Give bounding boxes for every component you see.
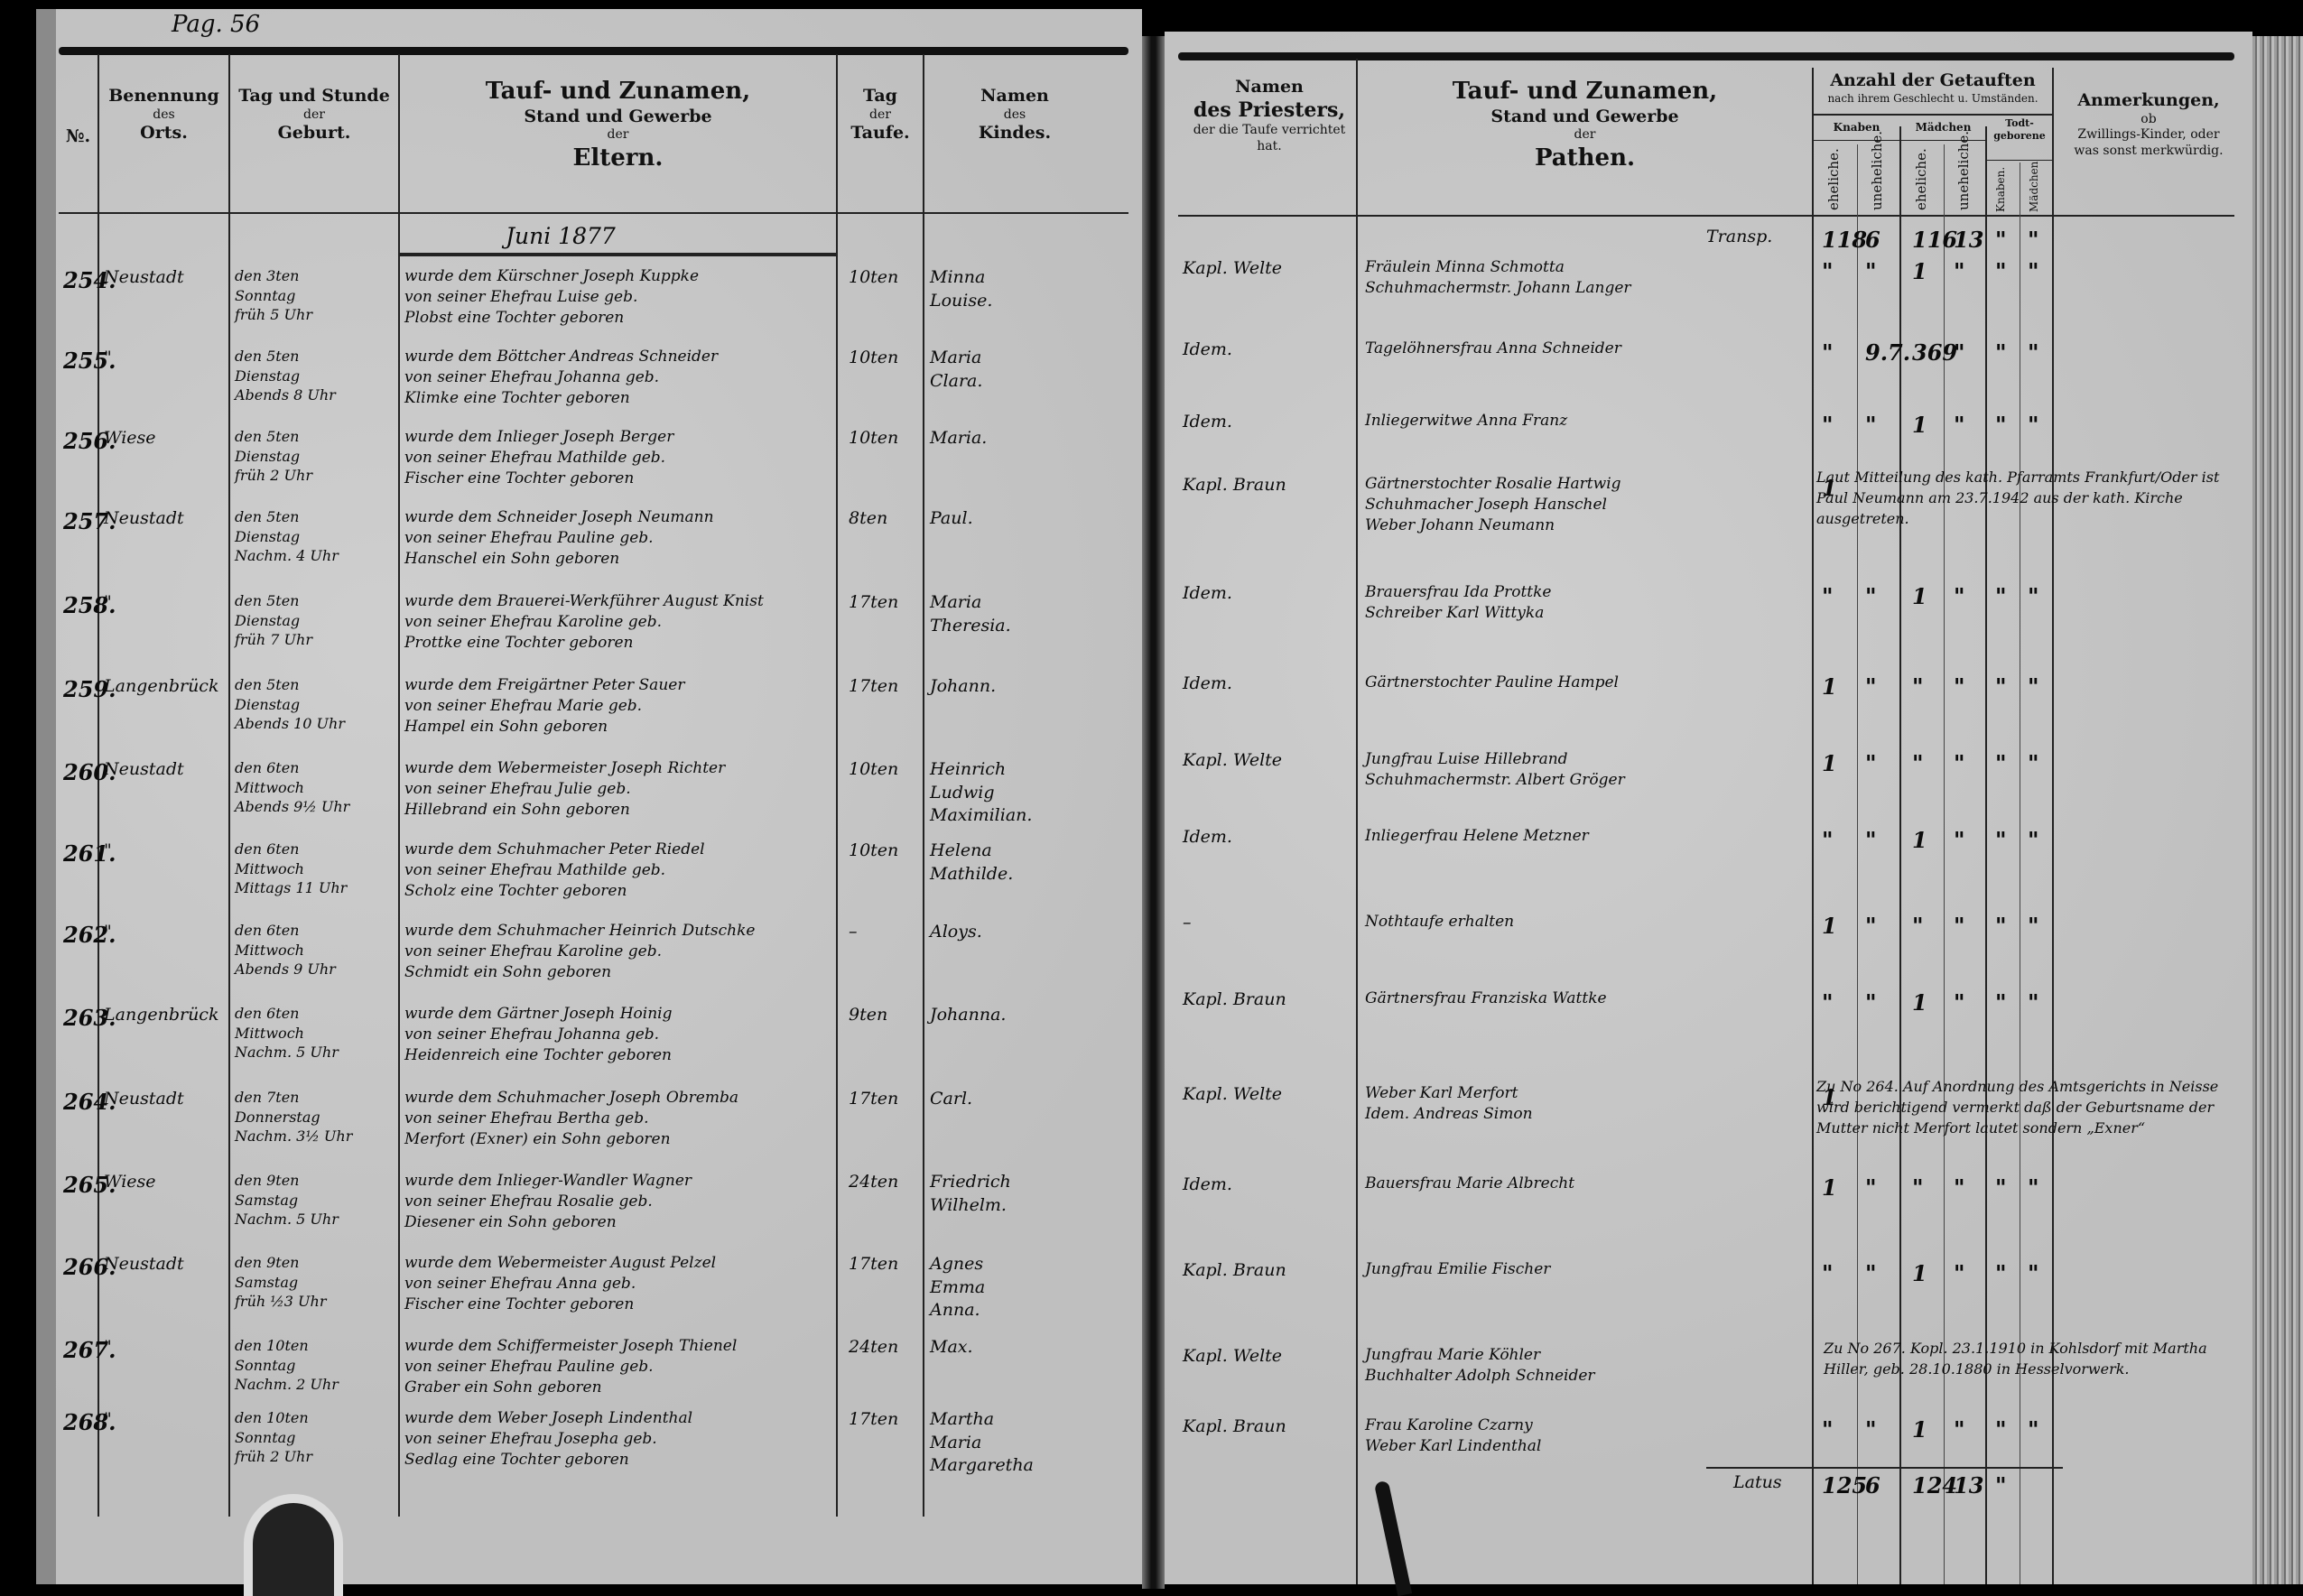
count-cell: "	[1822, 257, 1834, 286]
count-cell: "	[1822, 411, 1834, 440]
entry-birth: den 6tenMittwochAbends 9 Uhr	[235, 921, 336, 979]
count-cell: 1	[1912, 826, 1927, 855]
godparents: Inliegerfrau Helene Metzner	[1365, 826, 1589, 847]
entry-parents: wurde dem Inlieger-Wandler Wagnervon sei…	[404, 1171, 692, 1233]
entry-baptism-day: 24ten	[849, 1171, 898, 1194]
entry-parents: wurde dem Schuhmacher Joseph Obrembavon …	[404, 1088, 738, 1150]
count-cell: "	[1954, 1259, 1965, 1288]
entry-baptism-day: 17ten	[849, 1408, 898, 1432]
count-cell: "	[2028, 912, 2039, 941]
count-cell: "	[1865, 673, 1877, 701]
count-cell: 1	[1912, 411, 1927, 440]
count-cell: "	[1822, 988, 1834, 1017]
entry-place: Neustadt	[104, 266, 184, 290]
entry-child-name: HeinrichLudwigMaximilian.	[930, 758, 1032, 828]
priest-name: Kapl. Welte	[1183, 1083, 1282, 1107]
count-cell: "	[2028, 673, 2039, 701]
count-cell: "	[1865, 749, 1877, 778]
entry-baptism-day: 17ten	[849, 675, 898, 699]
count-cell: "	[1954, 339, 1965, 367]
count-cell: "	[2028, 988, 2039, 1017]
entry-baptism-day: 17ten	[849, 1253, 898, 1276]
count-cell: "	[1865, 988, 1877, 1017]
count-cell: "	[2028, 411, 2039, 440]
entry-place: Neustadt	[104, 507, 184, 531]
godparents: Jungfrau Emilie Fischer	[1365, 1259, 1550, 1280]
priest-name: Kapl. Braun	[1183, 988, 1286, 1012]
count-cell: 1	[1912, 1415, 1927, 1444]
entry-place: "	[104, 347, 112, 370]
count-cell: "	[1995, 582, 2007, 611]
count-cell: "	[1822, 1259, 1834, 1288]
priest-name: Idem.	[1183, 1174, 1232, 1197]
header-birth: Tag und Stunde der Geburt.	[230, 86, 398, 144]
count-cell: "	[1912, 749, 1924, 778]
count-cell: "	[1995, 1174, 2007, 1202]
entry-place: "	[104, 840, 112, 863]
entry-birth: den 6tenMittwochMittags 11 Uhr	[235, 840, 347, 898]
entry-place: Wiese	[104, 427, 156, 450]
header-top-rule	[59, 47, 1128, 55]
count-cell: "	[1822, 826, 1834, 855]
count-cell: "	[1954, 673, 1965, 701]
godparents: Fräulein Minna SchmottaSchuhmachermstr. …	[1365, 257, 1631, 299]
godparents: Gärtnerstochter Rosalie HartwigSchuhmach…	[1365, 474, 1621, 536]
column-divider	[1812, 68, 1814, 1584]
count-cell: "	[1954, 1415, 1965, 1444]
entry-baptism-day: 10ten	[849, 758, 898, 782]
page-reference: Pag. 56	[172, 9, 260, 41]
count-cell: "	[2028, 826, 2039, 855]
godparents: Weber Karl MerfortIdem. Andreas Simon	[1365, 1083, 1533, 1125]
column-divider	[228, 54, 230, 1517]
latus-rule	[1706, 1467, 2063, 1469]
entry-child-name: Johann.	[930, 675, 996, 699]
entry-parents: wurde dem Freigärtner Peter Sauervon sei…	[404, 675, 684, 738]
entry-parents: wurde dem Schuhmacher Peter Riedelvon se…	[404, 840, 705, 902]
entry-birth: den 9tenSamstagNachm. 5 Uhr	[235, 1171, 339, 1229]
entry-birth: den 5tenDienstagNachm. 4 Uhr	[235, 507, 339, 566]
counts-subheader-rule	[1985, 160, 2052, 161]
entry-child-name: HelenaMathilde.	[930, 840, 1013, 886]
transport-label: Transp.	[1706, 226, 1772, 249]
header-place: Benennung des Orts.	[99, 86, 228, 144]
count-cell: 116	[1912, 226, 1957, 255]
entry-baptism-day: 10ten	[849, 840, 898, 863]
count-cell: "	[1995, 257, 2007, 286]
book-clip	[244, 1494, 343, 1596]
count-cell: "	[1954, 826, 1965, 855]
header-remarks: Anmerkungen, ob Zwillings-Kinder, oder w…	[2054, 90, 2243, 159]
counts-subheader-rule	[1812, 114, 2052, 116]
entry-child-name: MinnaLouise.	[930, 266, 992, 312]
count-cell: "	[1865, 1174, 1877, 1202]
entry-child-name: Johanna.	[930, 1004, 1006, 1027]
count-cell: "	[2028, 1415, 2039, 1444]
count-cell: "	[1995, 1471, 2007, 1500]
count-cell: "	[1865, 826, 1877, 855]
count-cell: 6	[1865, 1471, 1880, 1500]
entry-parents: wurde dem Inlieger Joseph Bergervon sein…	[404, 427, 673, 489]
entry-parents: wurde dem Schuhmacher Heinrich Dutschkev…	[404, 921, 755, 983]
entry-place: "	[104, 591, 112, 615]
count-cell: "	[1995, 749, 2007, 778]
entry-place: Langenbrück	[104, 675, 218, 699]
count-cell: "	[1954, 582, 1965, 611]
priest-name: Kapl. Welte	[1183, 1345, 1282, 1369]
count-cell: "	[1995, 988, 2007, 1017]
count-cell: 13	[1954, 1471, 1983, 1500]
entry-place: Neustadt	[104, 1253, 184, 1276]
count-cell: "	[1865, 1259, 1877, 1288]
header-priest: Namen des Priesters, der die Taufe verri…	[1183, 77, 1356, 154]
entry-place: "	[104, 1408, 112, 1432]
header-stillborn-girls: Mädchen	[2028, 167, 2041, 212]
entry-child-name: MariaTheresia.	[930, 591, 1011, 637]
count-cell: "	[2028, 257, 2039, 286]
godparents: Bauersfrau Marie Albrecht	[1365, 1174, 1574, 1194]
entry-place: Wiese	[104, 1171, 156, 1194]
header-child-name: Namen des Kindes.	[924, 86, 1105, 144]
month-underline	[398, 253, 836, 256]
column-divider	[1356, 59, 1358, 1584]
entry-parents: wurde dem Weber Joseph Lindenthalvon sei…	[404, 1408, 692, 1471]
count-cell: "	[1912, 912, 1924, 941]
count-cell: "	[1954, 912, 1965, 941]
count-cell: "	[1995, 226, 2007, 255]
entry-child-name: Max.	[930, 1336, 973, 1359]
priest-name: Idem.	[1183, 826, 1232, 849]
column-divider	[923, 54, 924, 1517]
entry-birth: den 9tenSamstagfrüh ½3 Uhr	[235, 1253, 326, 1312]
count-cell: "	[1912, 1174, 1924, 1202]
entry-child-name: Paul.	[930, 507, 973, 531]
entry-birth: den 6tenMittwochAbends 9½ Uhr	[235, 758, 349, 817]
entry-child-name: MariaClara.	[930, 347, 982, 393]
header-baptism-day: Tag der Taufe.	[838, 86, 923, 144]
entry-place: Neustadt	[104, 758, 184, 782]
header-girls-illegit: uneheliche.	[1955, 152, 1973, 210]
count-cell: 125	[1822, 1471, 1867, 1500]
entry-child-name: Carl.	[930, 1088, 972, 1111]
header-stillborn: Todt-geborene	[1987, 117, 2052, 143]
count-cell: 1	[1822, 1174, 1837, 1202]
entry-parents: wurde dem Brauerei-Werkführer August Kni…	[404, 591, 764, 654]
entry-child-name: MarthaMariaMargaretha	[930, 1408, 1034, 1478]
count-cell: 6	[1865, 226, 1880, 255]
count-cell: 118	[1822, 226, 1867, 255]
entry-place: Neustadt	[104, 1088, 184, 1111]
entry-parents: wurde dem Schneider Joseph Neumannvon se…	[404, 507, 714, 570]
entry-baptism-day: –	[849, 921, 858, 944]
count-cell: "	[1995, 826, 2007, 855]
remark: Zu No 264. Auf Anordnung des Amtsgericht…	[1816, 1076, 2241, 1139]
header-godparents: Tauf- und Zunamen, Stand und Gewerbe der…	[1358, 77, 1812, 172]
header-bottom-rule-right	[1178, 215, 2234, 217]
count-cell: "	[1822, 339, 1834, 367]
priest-name: Kapl. Welte	[1183, 257, 1282, 281]
count-cell: "	[2028, 1174, 2039, 1202]
header-girls: Mädchen	[1901, 121, 1985, 135]
entry-birth: den 3tenSonntagfrüh 5 Uhr	[235, 266, 312, 325]
entry-baptism-day: 24ten	[849, 1336, 898, 1359]
count-cell: "	[1865, 257, 1877, 286]
godparents: Frau Karoline CzarnyWeber Karl Lindentha…	[1365, 1415, 1541, 1457]
entry-child-name: Aloys.	[930, 921, 982, 944]
count-cell: "	[1995, 1415, 2007, 1444]
count-cell: "	[1995, 912, 2007, 941]
count-cell: "	[1954, 988, 1965, 1017]
entry-place: Langenbrück	[104, 1004, 218, 1027]
count-cell: "	[1954, 1174, 1965, 1202]
entry-birth: den 5tenDienstagAbends 10 Uhr	[235, 675, 345, 734]
priest-name: Kapl. Braun	[1183, 474, 1286, 497]
priest-name: Kapl. Braun	[1183, 1415, 1286, 1439]
entry-birth: den 10tenSonntagfrüh 2 Uhr	[235, 1408, 312, 1467]
count-cell: "	[1995, 411, 2007, 440]
count-cell: 1	[1912, 988, 1927, 1017]
count-cell: "	[1995, 673, 2007, 701]
count-cell: "	[1912, 673, 1924, 701]
entry-child-name: AgnesEmmaAnna.	[930, 1253, 985, 1322]
count-cell: 1	[1822, 912, 1837, 941]
entry-birth: den 10tenSonntagNachm. 2 Uhr	[235, 1336, 339, 1395]
count-cell: "	[1822, 582, 1834, 611]
month-heading: Juni 1877	[506, 221, 616, 252]
entry-parents: wurde dem Schiffermeister Joseph Thienel…	[404, 1336, 737, 1398]
entry-parents: wurde dem Webermeister Joseph Richtervon…	[404, 758, 725, 821]
page-edges	[2252, 36, 2303, 1584]
count-cell: "	[1954, 411, 1965, 440]
remark: Zu No 267. Kopl. 23.1.1910 in Kohlsdorf …	[1824, 1338, 2248, 1379]
entry-baptism-day: 17ten	[849, 591, 898, 615]
count-cell: "	[2028, 1259, 2039, 1288]
count-cell: "	[2028, 749, 2039, 778]
count-cell: 369	[1912, 339, 1957, 367]
count-cell: "	[1865, 912, 1877, 941]
godparents: Jungfrau Marie KöhlerBuchhalter Adolph S…	[1365, 1345, 1595, 1387]
entry-parents: wurde dem Webermeister August Pelzelvon …	[404, 1253, 716, 1315]
priest-name: Kapl. Braun	[1183, 1259, 1286, 1283]
count-cell: 9.7.	[1865, 339, 1910, 367]
count-cell: "	[1822, 1415, 1834, 1444]
entry-baptism-day: 10ten	[849, 347, 898, 370]
column-divider	[398, 54, 400, 1517]
remark: Laut Mitteilung des kath. Pfarramts Fran…	[1816, 467, 2241, 530]
count-cell: 124	[1912, 1471, 1957, 1500]
count-cell: "	[1995, 339, 2007, 367]
entry-baptism-day: 17ten	[849, 1088, 898, 1111]
header-top-rule-right	[1178, 52, 2234, 60]
godparents: Inliegerwitwe Anna Franz	[1365, 411, 1567, 431]
entry-baptism-day: 8ten	[849, 507, 887, 531]
godparents: Gärtnerstochter Pauline Hampel	[1365, 673, 1619, 693]
entry-parents: wurde dem Kürschner Joseph Kuppkevon sei…	[404, 266, 699, 329]
priest-name: –	[1183, 912, 1192, 935]
count-cell: 1	[1822, 749, 1837, 778]
header-counts: Anzahl der Getauften nach ihrem Geschlec…	[1814, 70, 2052, 106]
count-cell: "	[2028, 582, 2039, 611]
count-cell: "	[1954, 749, 1965, 778]
entry-birth: den 6tenMittwochNachm. 5 Uhr	[235, 1004, 339, 1062]
entry-parents: wurde dem Böttcher Andreas Schneidervon …	[404, 347, 718, 409]
column-divider	[836, 54, 838, 1517]
header-number: №.	[59, 126, 98, 148]
count-cell: "	[1954, 257, 1965, 286]
priest-name: Idem.	[1183, 339, 1232, 362]
entry-child-name: Maria.	[930, 427, 987, 450]
count-cell: 1	[1912, 1259, 1927, 1288]
header-boys: Knaben	[1814, 121, 1899, 135]
header-boys-illegit: uneheliche.	[1869, 152, 1886, 210]
entry-parents: wurde dem Gärtner Joseph Hoinigvon seine…	[404, 1004, 673, 1066]
count-cell: "	[1865, 411, 1877, 440]
godparents: Jungfrau Luise HillebrandSchuhmachermstr…	[1365, 749, 1625, 791]
book-gutter	[1142, 36, 1165, 1589]
entry-place: "	[104, 1336, 112, 1359]
header-boys-legit: eheliche.	[1825, 152, 1843, 210]
header-stillborn-boys: Knaben.	[1994, 167, 2008, 212]
godparents: Gärtnersfrau Franziska Wattke	[1365, 988, 1607, 1009]
godparents: Brauersfrau Ida ProttkeSchreiber Karl Wi…	[1365, 582, 1551, 624]
count-cell: 1	[1912, 257, 1927, 286]
header-girls-legit: eheliche.	[1913, 152, 1930, 210]
priest-name: Idem.	[1183, 582, 1232, 606]
entry-birth: den 5tenDienstagfrüh 2 Uhr	[235, 427, 312, 486]
count-cell: "	[1995, 1259, 2007, 1288]
count-cell: "	[2028, 339, 2039, 367]
count-cell: "	[1865, 582, 1877, 611]
count-cell: 1	[1822, 673, 1837, 701]
entry-child-name: FriedrichWilhelm.	[930, 1171, 1011, 1217]
entry-baptism-day: 9ten	[849, 1004, 887, 1027]
header-parents: Tauf- und Zunamen, Stand und Gewerbe der…	[400, 77, 836, 172]
entry-birth: den 5tenDienstagfrüh 7 Uhr	[235, 591, 312, 650]
count-cell: 13	[1954, 226, 1983, 255]
entry-baptism-day: 10ten	[849, 427, 898, 450]
godparents: Nothtaufe erhalten	[1365, 912, 1514, 933]
header-bottom-rule	[59, 212, 1128, 214]
latus-label: Latus	[1733, 1471, 1782, 1495]
priest-name: Idem.	[1183, 411, 1232, 434]
count-cell: 1	[1912, 582, 1927, 611]
entry-birth: den 5tenDienstagAbends 8 Uhr	[235, 347, 336, 405]
priest-name: Kapl. Welte	[1183, 749, 1282, 773]
priest-name: Idem.	[1183, 673, 1232, 696]
godparents: Tagelöhnersfrau Anna Schneider	[1365, 339, 1621, 359]
count-cell: "	[1865, 1415, 1877, 1444]
entry-place: "	[104, 921, 112, 944]
entry-baptism-day: 10ten	[849, 266, 898, 290]
entry-birth: den 7tenDonnerstagNachm. 3½ Uhr	[235, 1088, 352, 1146]
count-cell: "	[2028, 226, 2039, 255]
